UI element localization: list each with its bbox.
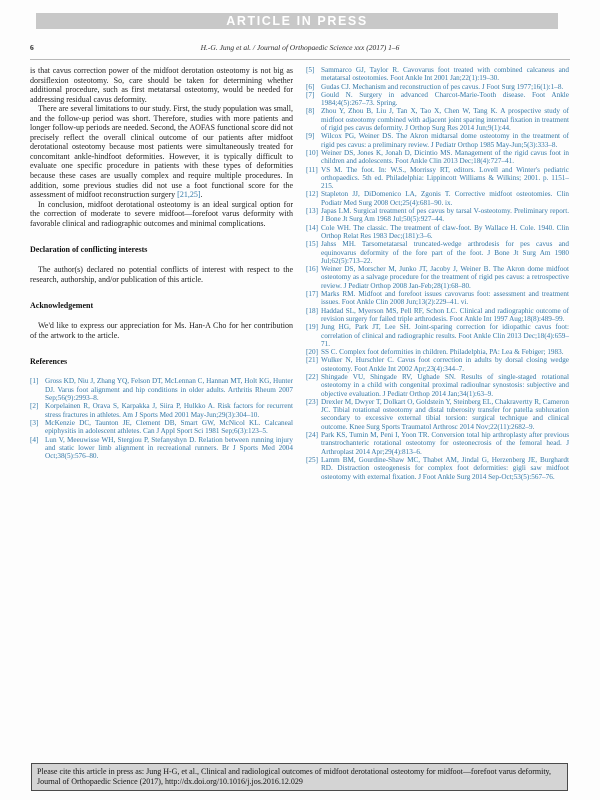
reference-number: [12] bbox=[306, 190, 321, 207]
reference-text: Weiner DS, Morscher M, Junko JT, Jacoby … bbox=[321, 265, 569, 290]
reference-number: [21] bbox=[306, 356, 321, 373]
reference-item[interactable]: [25]Lamm BM, Gourdine-Shaw MC, Thabet AM… bbox=[306, 456, 569, 481]
references-heading: References bbox=[30, 357, 293, 366]
reference-text: SS C. Complex foot deformities in childr… bbox=[321, 348, 569, 356]
running-title: H.-G. Jung et al. / Journal of Orthopaed… bbox=[30, 43, 570, 52]
reference-number: [15] bbox=[306, 240, 321, 265]
reference-item[interactable]: [20]SS C. Complex foot deformities in ch… bbox=[306, 348, 569, 356]
sections: Declaration of conflicting interestsThe … bbox=[30, 245, 293, 340]
left-column: is that cavus correction power of the mi… bbox=[30, 66, 293, 481]
body-paragraphs: is that cavus correction power of the mi… bbox=[30, 66, 293, 228]
reference-item[interactable]: [15]Jahss MH. Tarsometatarsal truncated-… bbox=[306, 240, 569, 265]
reference-number: [22] bbox=[306, 373, 321, 398]
citation-notice-box[interactable]: Please cite this article in press as: Ju… bbox=[31, 763, 568, 791]
reference-text: Wilcox PG, Weiner DS. The Akron midtarsa… bbox=[321, 132, 569, 149]
citation-link[interactable]: [21,25] bbox=[177, 190, 200, 199]
reference-number: [24] bbox=[306, 431, 321, 456]
reference-item[interactable]: [12]Stapleton JJ, DiDomenico LA, Zgonis … bbox=[306, 190, 569, 207]
reference-text: Jahss MH. Tarsometatarsal truncated-wedg… bbox=[321, 240, 569, 265]
reference-text: Weiner DS, Jones K, Jonah D, Dicintio MS… bbox=[321, 149, 569, 166]
reference-item[interactable]: [21]Wulker N, Hurschler C. Cavus foot co… bbox=[306, 356, 569, 373]
reference-number: [3] bbox=[30, 419, 45, 436]
reference-item[interactable]: [9]Wilcox PG, Weiner DS. The Akron midta… bbox=[306, 132, 569, 149]
reference-text: Gross KD, Niu J, Zhang YQ, Felson DT, Mc… bbox=[45, 377, 293, 402]
reference-number: [2] bbox=[30, 402, 45, 419]
reference-item[interactable]: [1]Gross KD, Niu J, Zhang YQ, Felson DT,… bbox=[30, 377, 293, 402]
reference-number: [18] bbox=[306, 307, 321, 324]
reference-text: Zhou Y, Zhou B, Liu J, Tan X, Tao X, Che… bbox=[321, 107, 569, 132]
text-segment: In conclusion, midfoot derotational oste… bbox=[30, 200, 293, 228]
section-heading: Declaration of conflicting interests bbox=[30, 245, 293, 254]
reference-item[interactable]: [14]Cole WH. The classic. The treatment … bbox=[306, 224, 569, 241]
reference-text: Japas LM. Surgical treatment of pes cavu… bbox=[321, 207, 569, 224]
reference-text: Shingade VU, Shingade RV, Ughade SN. Res… bbox=[321, 373, 569, 398]
reference-text: Jung HG, Park JT, Lee SH. Joint-sparing … bbox=[321, 323, 569, 348]
reference-item[interactable]: [8]Zhou Y, Zhou B, Liu J, Tan X, Tao X, … bbox=[306, 107, 569, 132]
reference-item[interactable]: [3]McKenzie DC, Taunton JE, Clement DB, … bbox=[30, 419, 293, 436]
reference-number: [1] bbox=[30, 377, 45, 402]
reference-number: [4] bbox=[30, 436, 45, 461]
reference-number: [20] bbox=[306, 348, 321, 356]
reference-item[interactable]: [18]Haddad SL, Myerson MS, Pell RF, Scho… bbox=[306, 307, 569, 324]
reference-text: Lun V, Meeuwisse WH, Stergiou P, Stefany… bbox=[45, 436, 293, 461]
reference-item[interactable]: [22]Shingade VU, Shingade RV, Ughade SN.… bbox=[306, 373, 569, 398]
reference-text: Marks RM. Midfoot and forefoot issues ca… bbox=[321, 290, 569, 307]
reference-item[interactable]: [2]Korpelainen R, Orava S, Karpakka J, S… bbox=[30, 402, 293, 419]
reference-number: [17] bbox=[306, 290, 321, 307]
reference-number: [16] bbox=[306, 265, 321, 290]
reference-item[interactable]: [11]VS M. The foot. In: W.S., Morrissy R… bbox=[306, 166, 569, 191]
reference-text: Drexler M, Dwyer T, Dolkart O, Goldstein… bbox=[321, 398, 569, 431]
reference-item[interactable]: [5]Sammarco GJ, Taylor R. Cavovarus foot… bbox=[306, 66, 569, 83]
paragraph: There are several limitations to our stu… bbox=[30, 104, 293, 199]
reference-item[interactable]: [16]Weiner DS, Morscher M, Junko JT, Jac… bbox=[306, 265, 569, 290]
reference-text: McKenzie DC, Taunton JE, Clement DB, Sma… bbox=[45, 419, 293, 436]
paragraph: The author(s) declared no potential conf… bbox=[30, 265, 293, 284]
reference-number: [7] bbox=[306, 91, 321, 108]
reference-item[interactable]: [23]Drexler M, Dwyer T, Dolkart O, Golds… bbox=[306, 398, 569, 431]
reference-number: [10] bbox=[306, 149, 321, 166]
reference-text: Park KS, Tumin M, Peni I, Yoon TR. Conve… bbox=[321, 431, 569, 456]
reference-list-right: [5]Sammarco GJ, Taylor R. Cavovarus foot… bbox=[306, 66, 569, 481]
article-in-press-banner: ARTICLE IN PRESS bbox=[36, 13, 558, 29]
reference-item[interactable]: [10]Weiner DS, Jones K, Jonah D, Dicinti… bbox=[306, 149, 569, 166]
article-page: ARTICLE IN PRESS 6 H.-G. Jung et al. / J… bbox=[0, 0, 600, 800]
paragraph: is that cavus correction power of the mi… bbox=[30, 66, 293, 104]
reference-number: [11] bbox=[306, 166, 321, 191]
reference-text: Lamm BM, Gourdine-Shaw MC, Thabet AM, Ji… bbox=[321, 456, 569, 481]
reference-number: [14] bbox=[306, 224, 321, 241]
reference-item[interactable]: [13]Japas LM. Surgical treatment of pes … bbox=[306, 207, 569, 224]
reference-text: Haddad SL, Myerson MS, Pell RF, Schon LC… bbox=[321, 307, 569, 324]
reference-item[interactable]: [6]Gudas CJ. Mechanism and reconstructio… bbox=[306, 83, 569, 91]
reference-text: Wulker N, Hurschler C. Cavus foot correc… bbox=[321, 356, 569, 373]
two-column-body: is that cavus correction power of the mi… bbox=[30, 66, 570, 481]
reference-number: [23] bbox=[306, 398, 321, 431]
reference-text: VS M. The foot. In: W.S., Morrissy RT, e… bbox=[321, 166, 569, 191]
reference-item[interactable]: [17]Marks RM. Midfoot and forefoot issue… bbox=[306, 290, 569, 307]
page-header: 6 H.-G. Jung et al. / Journal of Orthopa… bbox=[30, 43, 570, 55]
paragraph: We'd like to express our appreciation fo… bbox=[30, 321, 293, 340]
reference-number: [9] bbox=[306, 132, 321, 149]
reference-text: Stapleton JJ, DiDomenico LA, Zgonis T. C… bbox=[321, 190, 569, 207]
reference-text: Gould N. Surgery in advanced Charcot-Mar… bbox=[321, 91, 569, 108]
paragraph: In conclusion, midfoot derotational oste… bbox=[30, 200, 293, 229]
right-column: [5]Sammarco GJ, Taylor R. Cavovarus foot… bbox=[306, 66, 569, 481]
reference-text: Korpelainen R, Orava S, Karpakka J, Siir… bbox=[45, 402, 293, 419]
reference-text: Sammarco GJ, Taylor R. Cavovarus foot tr… bbox=[321, 66, 569, 83]
reference-number: [5] bbox=[306, 66, 321, 83]
reference-list-left: [1]Gross KD, Niu J, Zhang YQ, Felson DT,… bbox=[30, 377, 293, 460]
reference-text: Cole WH. The classic. The treatment of c… bbox=[321, 224, 569, 241]
reference-number: [25] bbox=[306, 456, 321, 481]
reference-number: [19] bbox=[306, 323, 321, 348]
reference-item[interactable]: [24]Park KS, Tumin M, Peni I, Yoon TR. C… bbox=[306, 431, 569, 456]
text-segment: is that cavus correction power of the mi… bbox=[30, 66, 293, 104]
reference-number: [8] bbox=[306, 107, 321, 132]
reference-item[interactable]: [19]Jung HG, Park JT, Lee SH. Joint-spar… bbox=[306, 323, 569, 348]
header-divider bbox=[30, 59, 570, 60]
reference-item[interactable]: [7]Gould N. Surgery in advanced Charcot-… bbox=[306, 91, 569, 108]
reference-number: [6] bbox=[306, 83, 321, 91]
reference-number: [13] bbox=[306, 207, 321, 224]
reference-item[interactable]: [4]Lun V, Meeuwisse WH, Stergiou P, Stef… bbox=[30, 436, 293, 461]
reference-text: Gudas CJ. Mechanism and reconstruction o… bbox=[321, 83, 569, 91]
section-heading: Acknowledgement bbox=[30, 301, 293, 310]
text-segment: There are several limitations to our stu… bbox=[30, 104, 293, 199]
text-segment: . bbox=[200, 190, 202, 199]
